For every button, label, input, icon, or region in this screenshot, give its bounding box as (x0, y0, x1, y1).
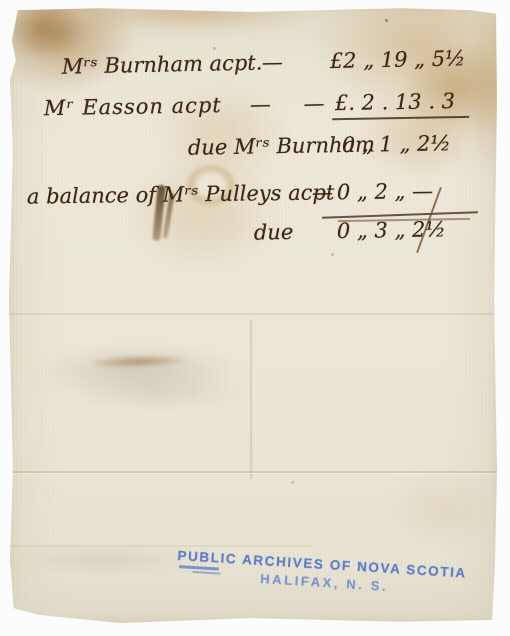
ledger-amount: 0 „ 2 „ — (337, 179, 434, 204)
ledger-label: Mʳˢ Burnham acpt. (62, 51, 263, 79)
archive-stamp: PUBLIC ARCHIVES OF NOVA SCOTIA HALIFAX, … (176, 548, 467, 599)
ledger-label: due (254, 220, 294, 245)
handwriting-layer: Mʳˢ Burnham acpt. — £2 „ 19 „ 5½ Mʳ Eass… (0, 0, 510, 636)
ledger-connector-dash: — (262, 50, 283, 74)
ledger-connector-dash: — — (250, 91, 325, 116)
ledger-line-due-burnham: due Mʳˢ Burnham 0 „ 1 „ 2½ (0, 130, 510, 175)
ledger-connector-dash: — (312, 180, 333, 204)
ledger-line-easson: Mʳ Easson acpt — — £. 2 . 13 . 3 (0, 88, 510, 133)
ledger-label: a balance of Mʳˢ Pulleys acpt (27, 180, 335, 208)
ledger-label: Mʳ Easson acpt (44, 93, 222, 120)
ledger-amount-underlined: £. 2 . 13 . 3 (332, 89, 470, 120)
ledger-amount: 0 „ 3 „ 2½ (337, 217, 446, 243)
ledger-line-total-due: due 0 „ 3 „ 2½ (0, 216, 510, 261)
stamp-underline (179, 565, 219, 570)
ledger-amount: £2 „ 19 „ 5½ (330, 46, 466, 73)
ledger-amount: 0 „ 1 „ 2½ (342, 131, 451, 157)
stamp-underline-secondary (193, 571, 221, 575)
ledger-line-burnham: Mʳˢ Burnham acpt. — £2 „ 19 „ 5½ (0, 45, 510, 92)
